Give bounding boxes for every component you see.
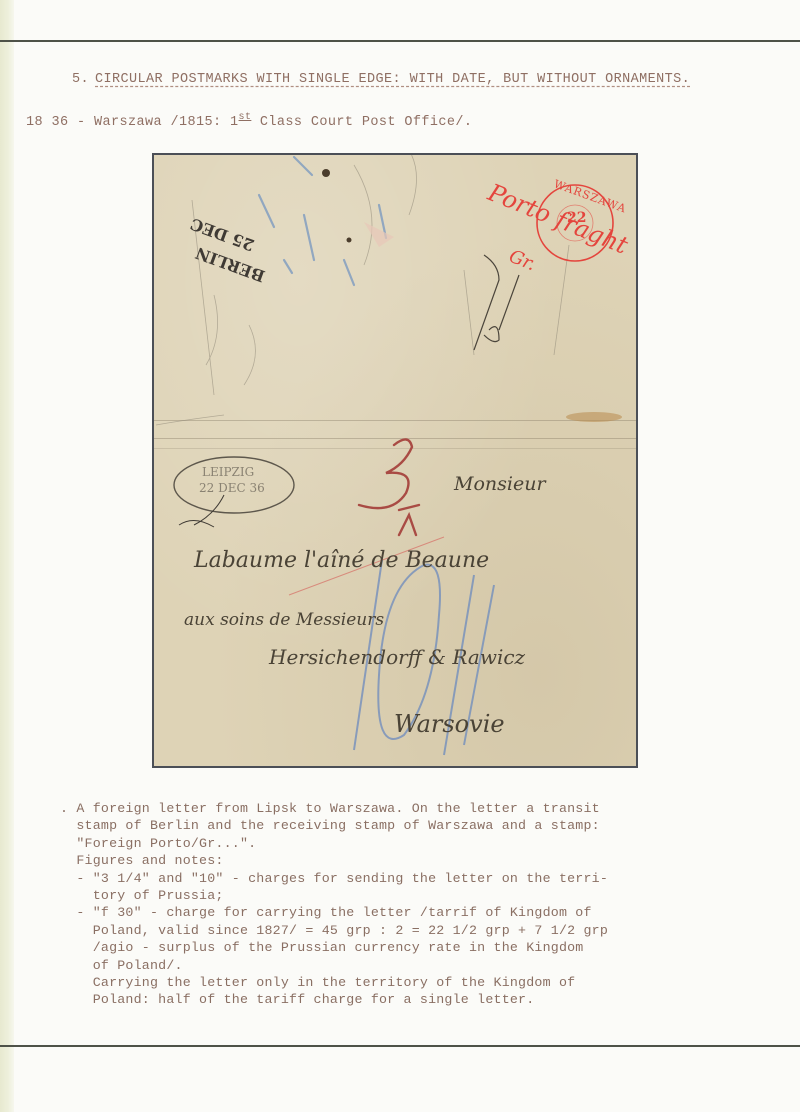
section-title: CIRCULAR POSTMARKS WITH SINGLE EDGE: WIT… [95, 72, 690, 87]
description-line: /agio - surplus of the Prussian currency… [60, 939, 680, 956]
description-line: - "3 1/4" and "10" - charges for sending… [60, 870, 680, 887]
letter-image: WARSZAWA 22 Porto fraght Gr. BERLIN 25 D… [152, 153, 638, 768]
description-line: - "f 30" - charge for carrying the lette… [60, 904, 680, 921]
scan-edge-strip [0, 0, 14, 1112]
section-heading: 5.CIRCULAR POSTMARKS WITH SINGLE EDGE: W… [72, 72, 690, 87]
description-line: Figures and notes: [60, 852, 680, 869]
top-rule [0, 40, 800, 42]
address-line-2: Labaume l'aîné de Beaune [194, 548, 489, 573]
letter-markings [154, 155, 636, 766]
subheading-superscript: st [239, 112, 252, 123]
subheading-prefix: 18 36 - Warszawa /1815: 1 [26, 115, 239, 130]
section-number: 5. [72, 72, 89, 87]
subheading-suffix: Class Court Post Office/. [251, 115, 472, 130]
description-line: stamp of Berlin and the receiving stamp … [60, 817, 680, 834]
description-line: of Poland/. [60, 957, 680, 974]
description-line: Poland: half of the tariff charge for a … [60, 991, 680, 1008]
description-line: tory of Prussia; [60, 887, 680, 904]
subheading: 18 36 - Warszawa /1815: 1st Class Court … [26, 112, 472, 130]
address-line-4: Hersichendorff & Rawicz [269, 645, 525, 669]
address-line-3: aux soins de Messieurs [184, 610, 384, 630]
lipsk-stamp-date: 22 DEC 36 [199, 481, 265, 495]
address-line-1: Monsieur [454, 473, 546, 495]
description-line: . A foreign letter from Lipsk to Warszaw… [60, 800, 680, 817]
bottom-rule [0, 1045, 800, 1047]
address-line-5: Warsovie [394, 710, 505, 738]
description-line: Poland, valid since 1827/ = 45 grp : 2 =… [60, 922, 680, 939]
description-line: "Foreign Porto/Gr...". [60, 835, 680, 852]
lipsk-stamp-name: LEIPZIG [202, 465, 254, 479]
description-line: Carrying the letter only in the territor… [60, 974, 680, 991]
description-block: . A foreign letter from Lipsk to Warszaw… [60, 800, 680, 1009]
